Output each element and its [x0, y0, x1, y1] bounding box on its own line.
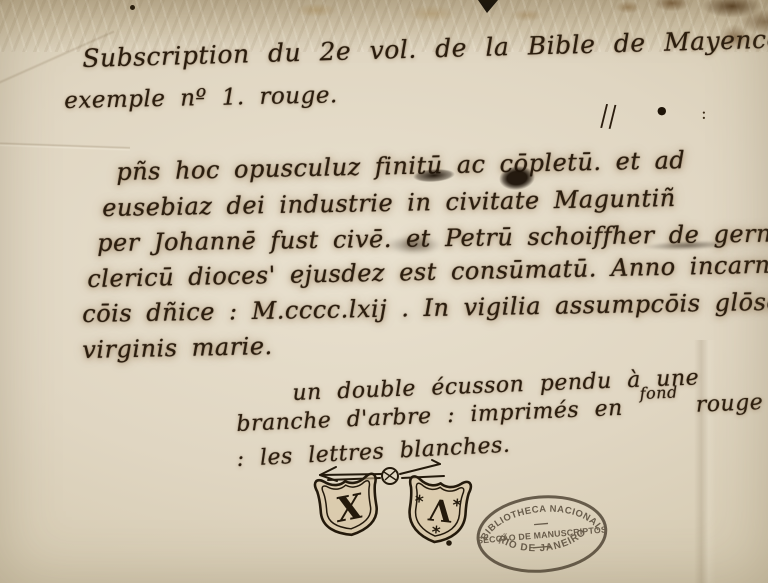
right-shield-icon: Λ * * * — [404, 476, 471, 546]
ring-hatching — [384, 471, 396, 480]
note-line2-end: rouge — [695, 390, 764, 418]
torn-edge-notch — [478, 0, 498, 13]
left-shield-icon: X — [314, 473, 381, 538]
colophon-line: virginis marie. — [82, 332, 273, 364]
colon-mark: : — [701, 104, 707, 124]
interlinear-insertion: fond — [639, 382, 678, 403]
ink-dot-mark: ● — [657, 104, 667, 117]
library-stamp: BIBLIOTHECA NACIONAL SECÇÃO DE MANUSCRIP… — [469, 488, 616, 582]
ink-dot-mark — [446, 540, 452, 546]
ink-dot-mark — [130, 5, 135, 10]
